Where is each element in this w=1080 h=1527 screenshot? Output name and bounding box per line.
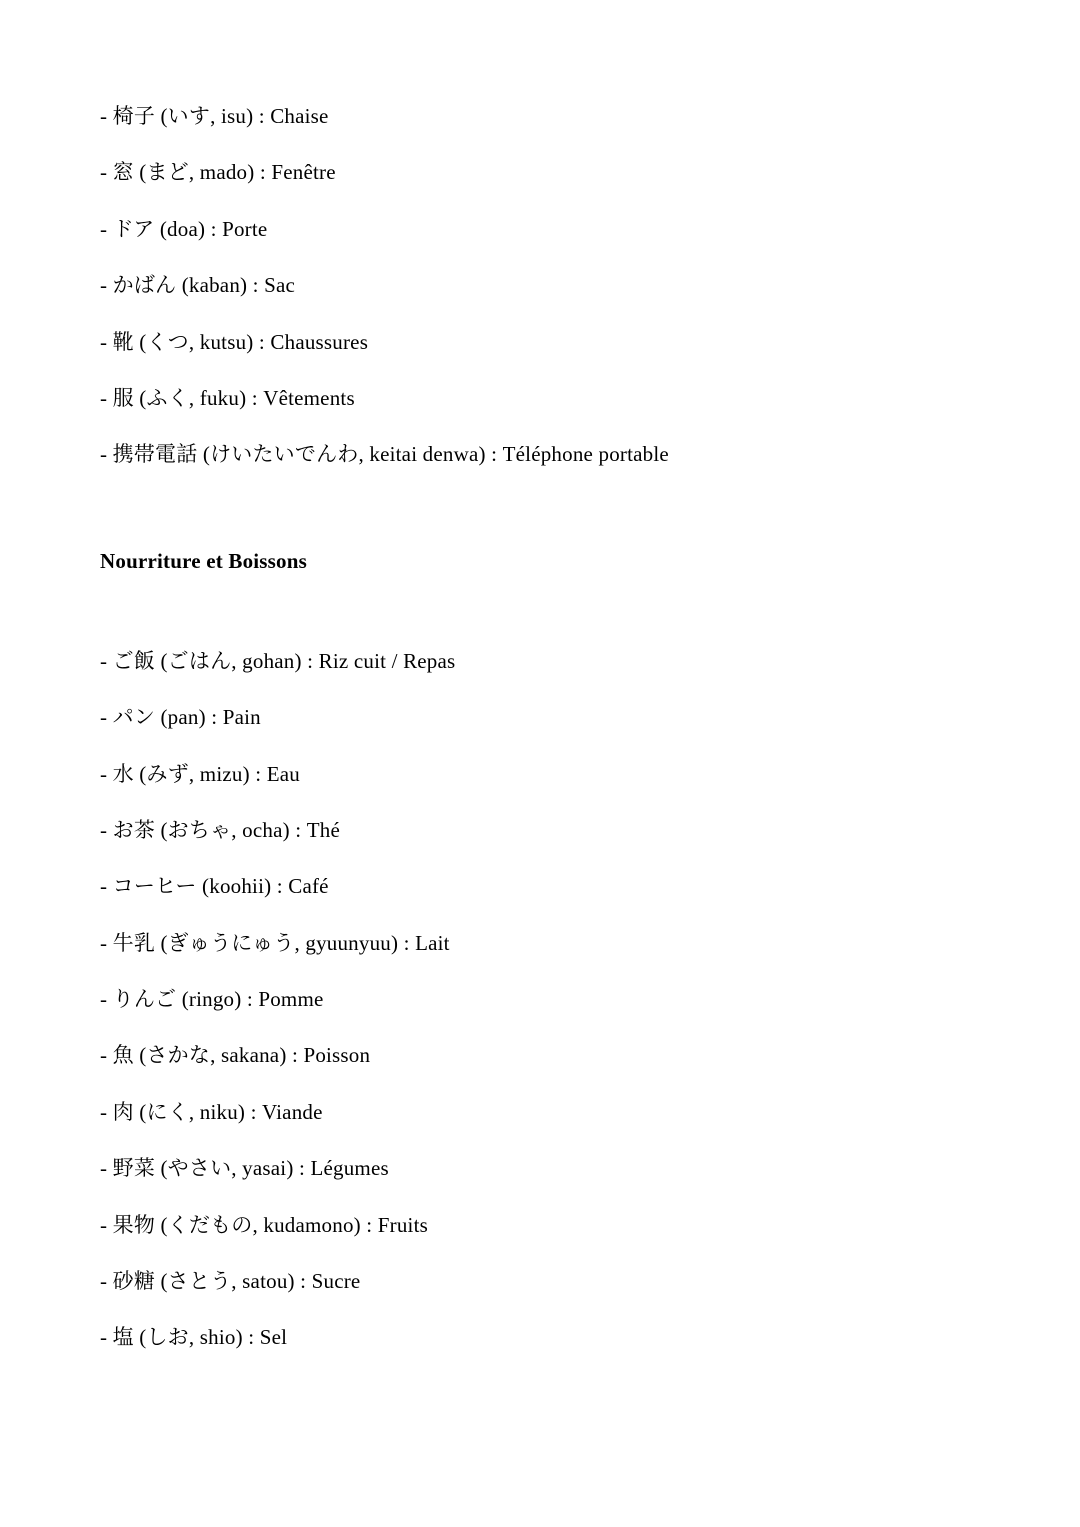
vocab-entry-yasai: - 野菜 (やさい, yasai) : Légumes bbox=[100, 1155, 1020, 1211]
vocab-entry-kaban: - かばん (kaban) : Sac bbox=[100, 272, 1020, 328]
vocab-entry-keitai-denwa: - 携帯電話 (けいたいでんわ, keitai denwa) : Télépho… bbox=[100, 441, 1020, 497]
vocab-entry-kutsu: - 靴 (くつ, kutsu) : Chaussures bbox=[100, 329, 1020, 385]
vocab-entry-pan: - パン (pan) : Pain bbox=[100, 704, 1020, 760]
vocab-entry-shio: - 塩 (しお, shio) : Sel bbox=[100, 1324, 1020, 1380]
vocab-entry-gohan: - ご飯 (ごはん, gohan) : Riz cuit / Repas bbox=[100, 648, 1020, 704]
objects-vocab-list: - 椅子 (いす, isu) : Chaise - 窓 (まど, mado) :… bbox=[100, 103, 1020, 498]
vocab-entry-kudamono: - 果物 (くだもの, kudamono) : Fruits bbox=[100, 1212, 1020, 1268]
vocab-entry-mizu: - 水 (みず, mizu) : Eau bbox=[100, 761, 1020, 817]
document-page: - 椅子 (いす, isu) : Chaise - 窓 (まど, mado) :… bbox=[0, 0, 1080, 1527]
vocab-entry-doa: - ドア (doa) : Porte bbox=[100, 216, 1020, 272]
vocab-entry-gyuunyuu: - 牛乳 (ぎゅうにゅう, gyuunyuu) : Lait bbox=[100, 930, 1020, 986]
vocab-entry-koohii: - コーヒー (koohii) : Café bbox=[100, 873, 1020, 929]
vocab-entry-sakana: - 魚 (さかな, sakana) : Poisson bbox=[100, 1042, 1020, 1098]
vocab-entry-mado: - 窓 (まど, mado) : Fenêtre bbox=[100, 159, 1020, 215]
section-heading-nourriture-et-boissons: Nourriture et Boissons bbox=[100, 547, 1020, 575]
vocab-entry-satou: - 砂糖 (さとう, satou) : Sucre bbox=[100, 1268, 1020, 1324]
vocab-entry-isu: - 椅子 (いす, isu) : Chaise bbox=[100, 103, 1020, 159]
vocab-entry-ocha: - お茶 (おちゃ, ocha) : Thé bbox=[100, 817, 1020, 873]
vocab-entry-fuku: - 服 (ふく, fuku) : Vêtements bbox=[100, 385, 1020, 441]
vocab-entry-niku: - 肉 (にく, niku) : Viande bbox=[100, 1099, 1020, 1155]
food-drinks-vocab-list: - ご飯 (ごはん, gohan) : Riz cuit / Repas - パ… bbox=[100, 648, 1020, 1381]
vocab-entry-ringo: - りんご (ringo) : Pomme bbox=[100, 986, 1020, 1042]
